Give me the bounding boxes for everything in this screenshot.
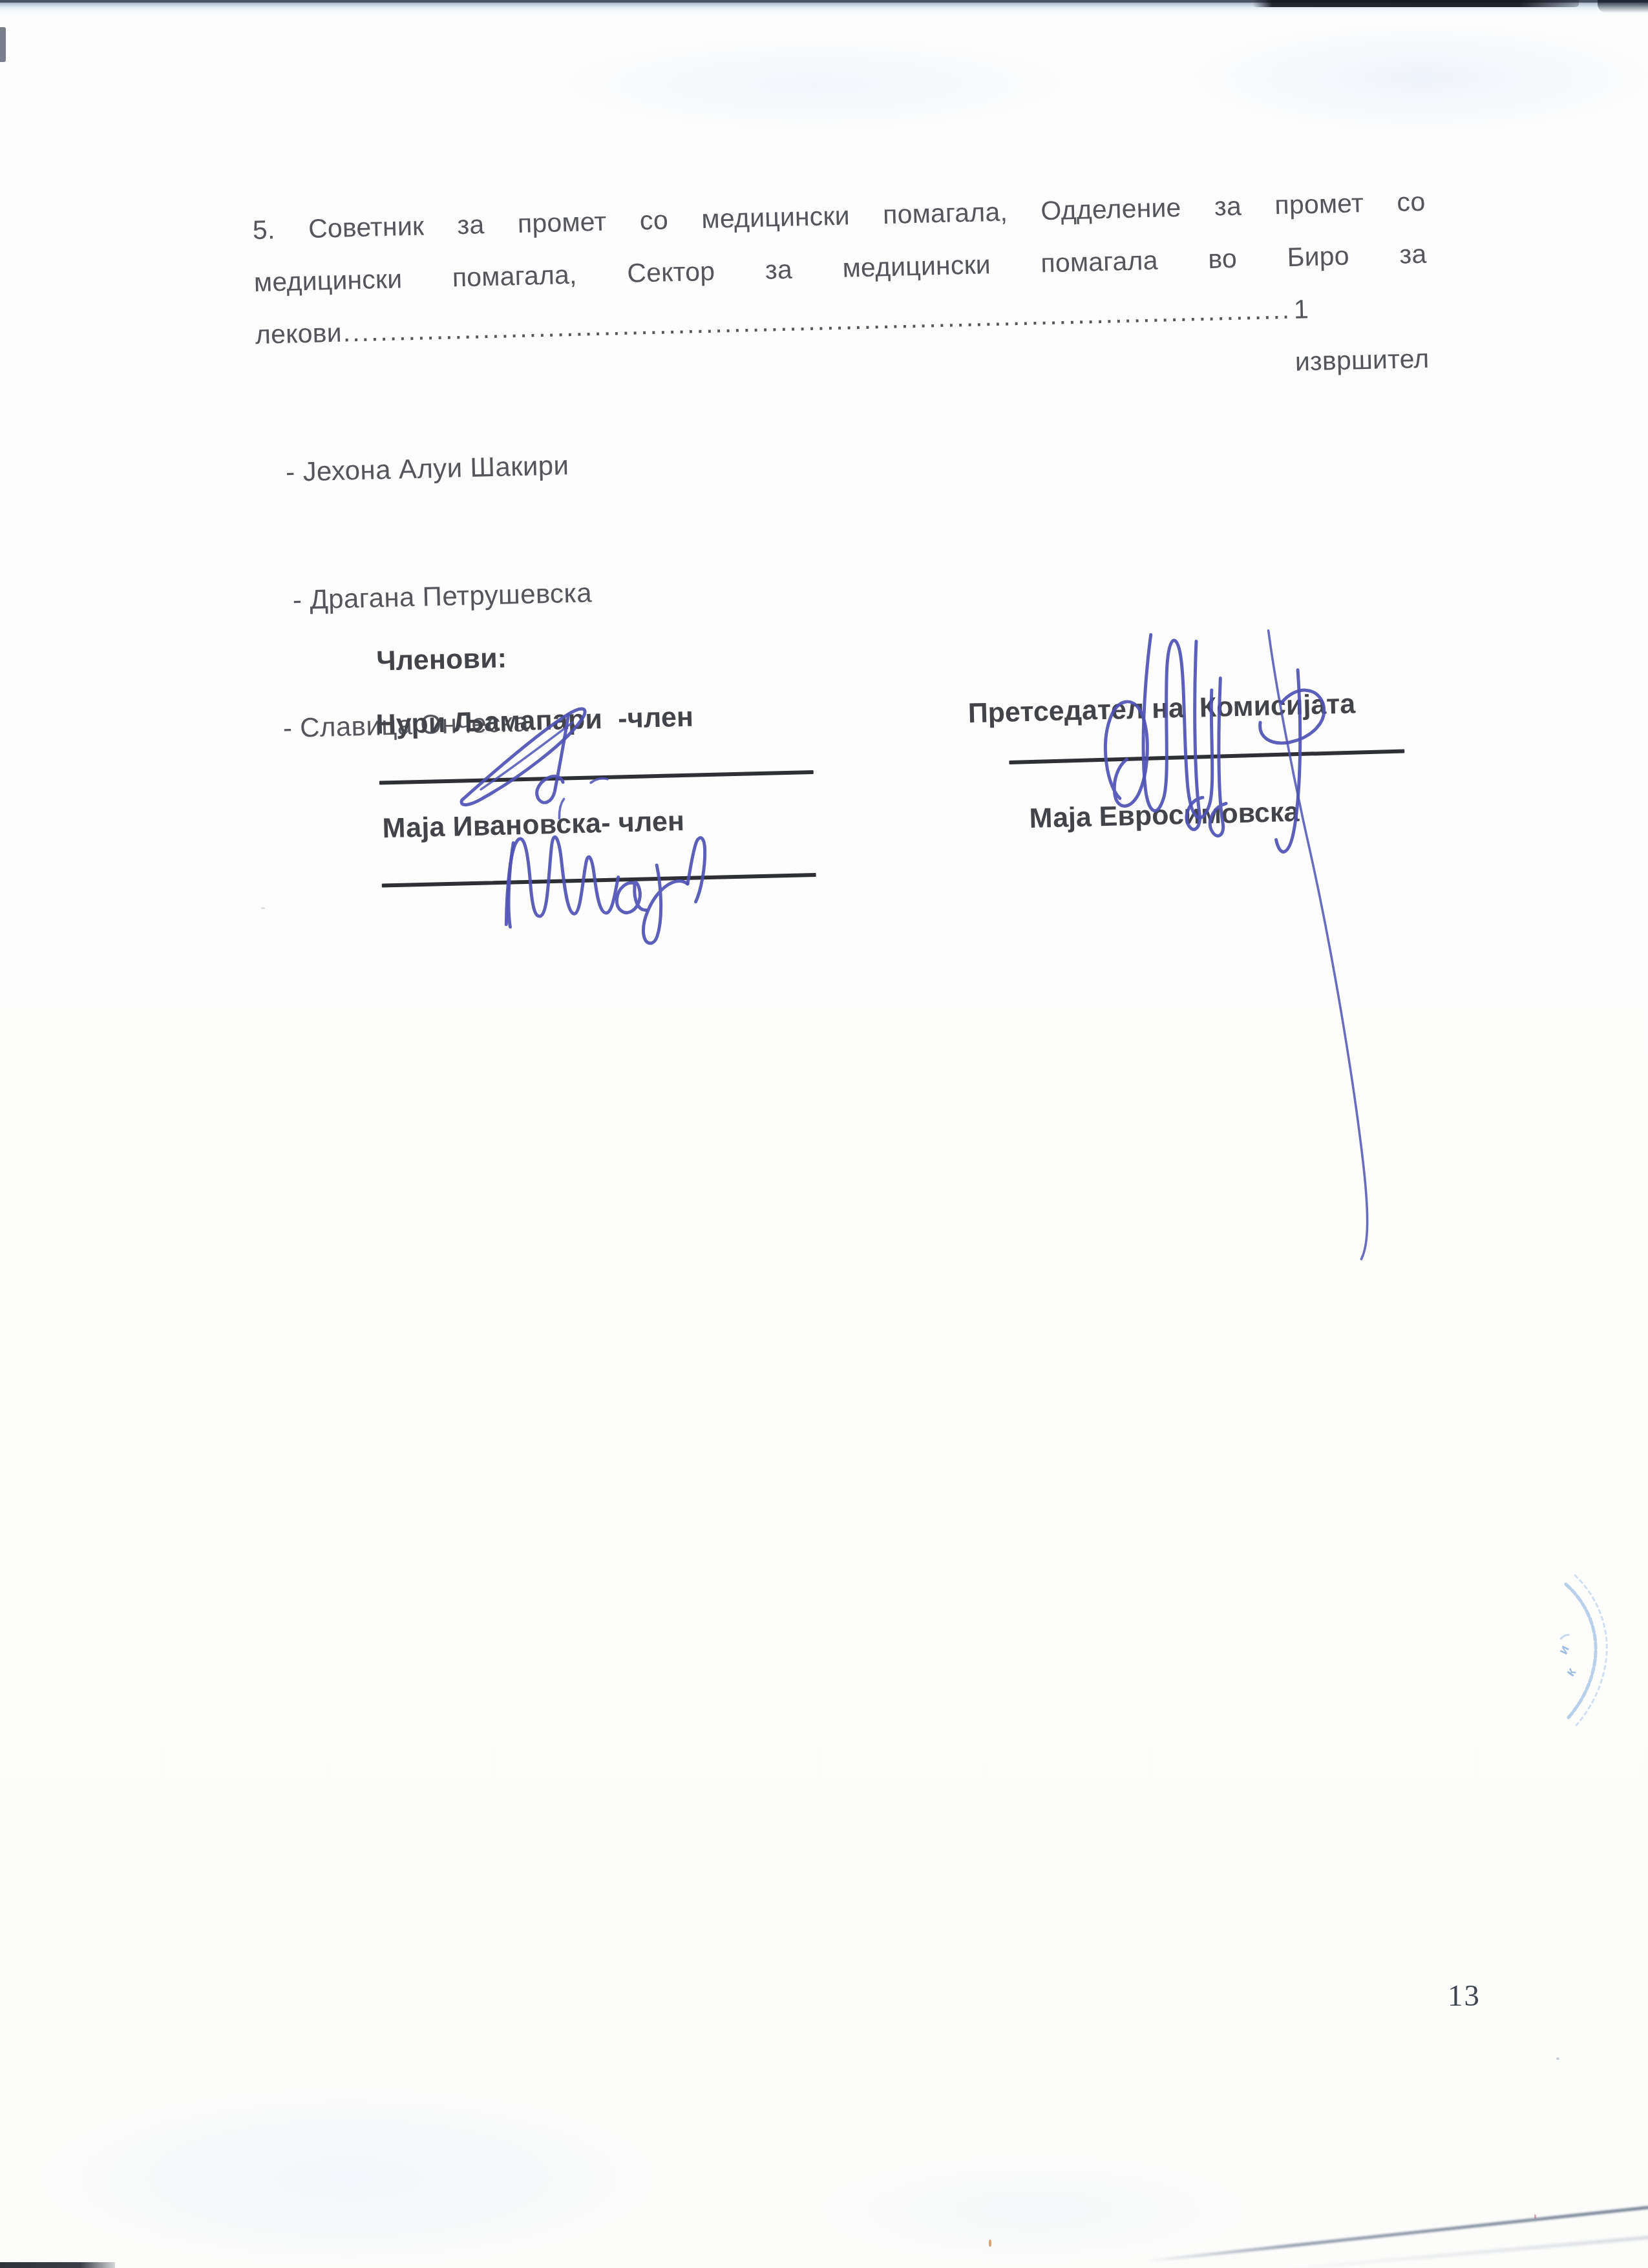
paper-speck — [261, 907, 265, 909]
member2-signature-ink — [503, 795, 707, 947]
stamp-fragment: и к — [1547, 1564, 1643, 1735]
scan-fold-line-light — [1270, 2233, 1648, 2268]
handwritten-signatures — [252, 176, 1453, 1367]
paper-blotch — [549, 36, 1079, 132]
president-signature-ink — [1103, 629, 1368, 1265]
scan-top-edge-dark-segment — [1252, 0, 1579, 7]
document-content: 5. Советник за промет со медицински пома… — [252, 176, 1458, 1561]
paper-blotch — [1189, 23, 1648, 132]
scan-bottom-left-mark — [0, 2262, 115, 2268]
scan-fold-line — [1145, 2203, 1648, 2263]
member1-signature-ink — [460, 708, 608, 805]
paper-speck — [1534, 2214, 1536, 2219]
paper-speck — [1556, 2057, 1559, 2060]
scan-left-edge-mark — [0, 27, 6, 62]
paper-speck — [989, 2240, 991, 2247]
stamp-glyph: и — [1556, 1643, 1572, 1657]
paper-blotch — [808, 2152, 1260, 2268]
paper-blotch — [39, 2087, 659, 2268]
scanned-document-page: 5. Советник за промет со медицински пома… — [0, 0, 1648, 2268]
scan-top-right-corner-shadow — [1598, 0, 1648, 13]
stamp-glyph: к — [1563, 1665, 1579, 1679]
page-number: 13 — [1448, 1977, 1481, 2015]
